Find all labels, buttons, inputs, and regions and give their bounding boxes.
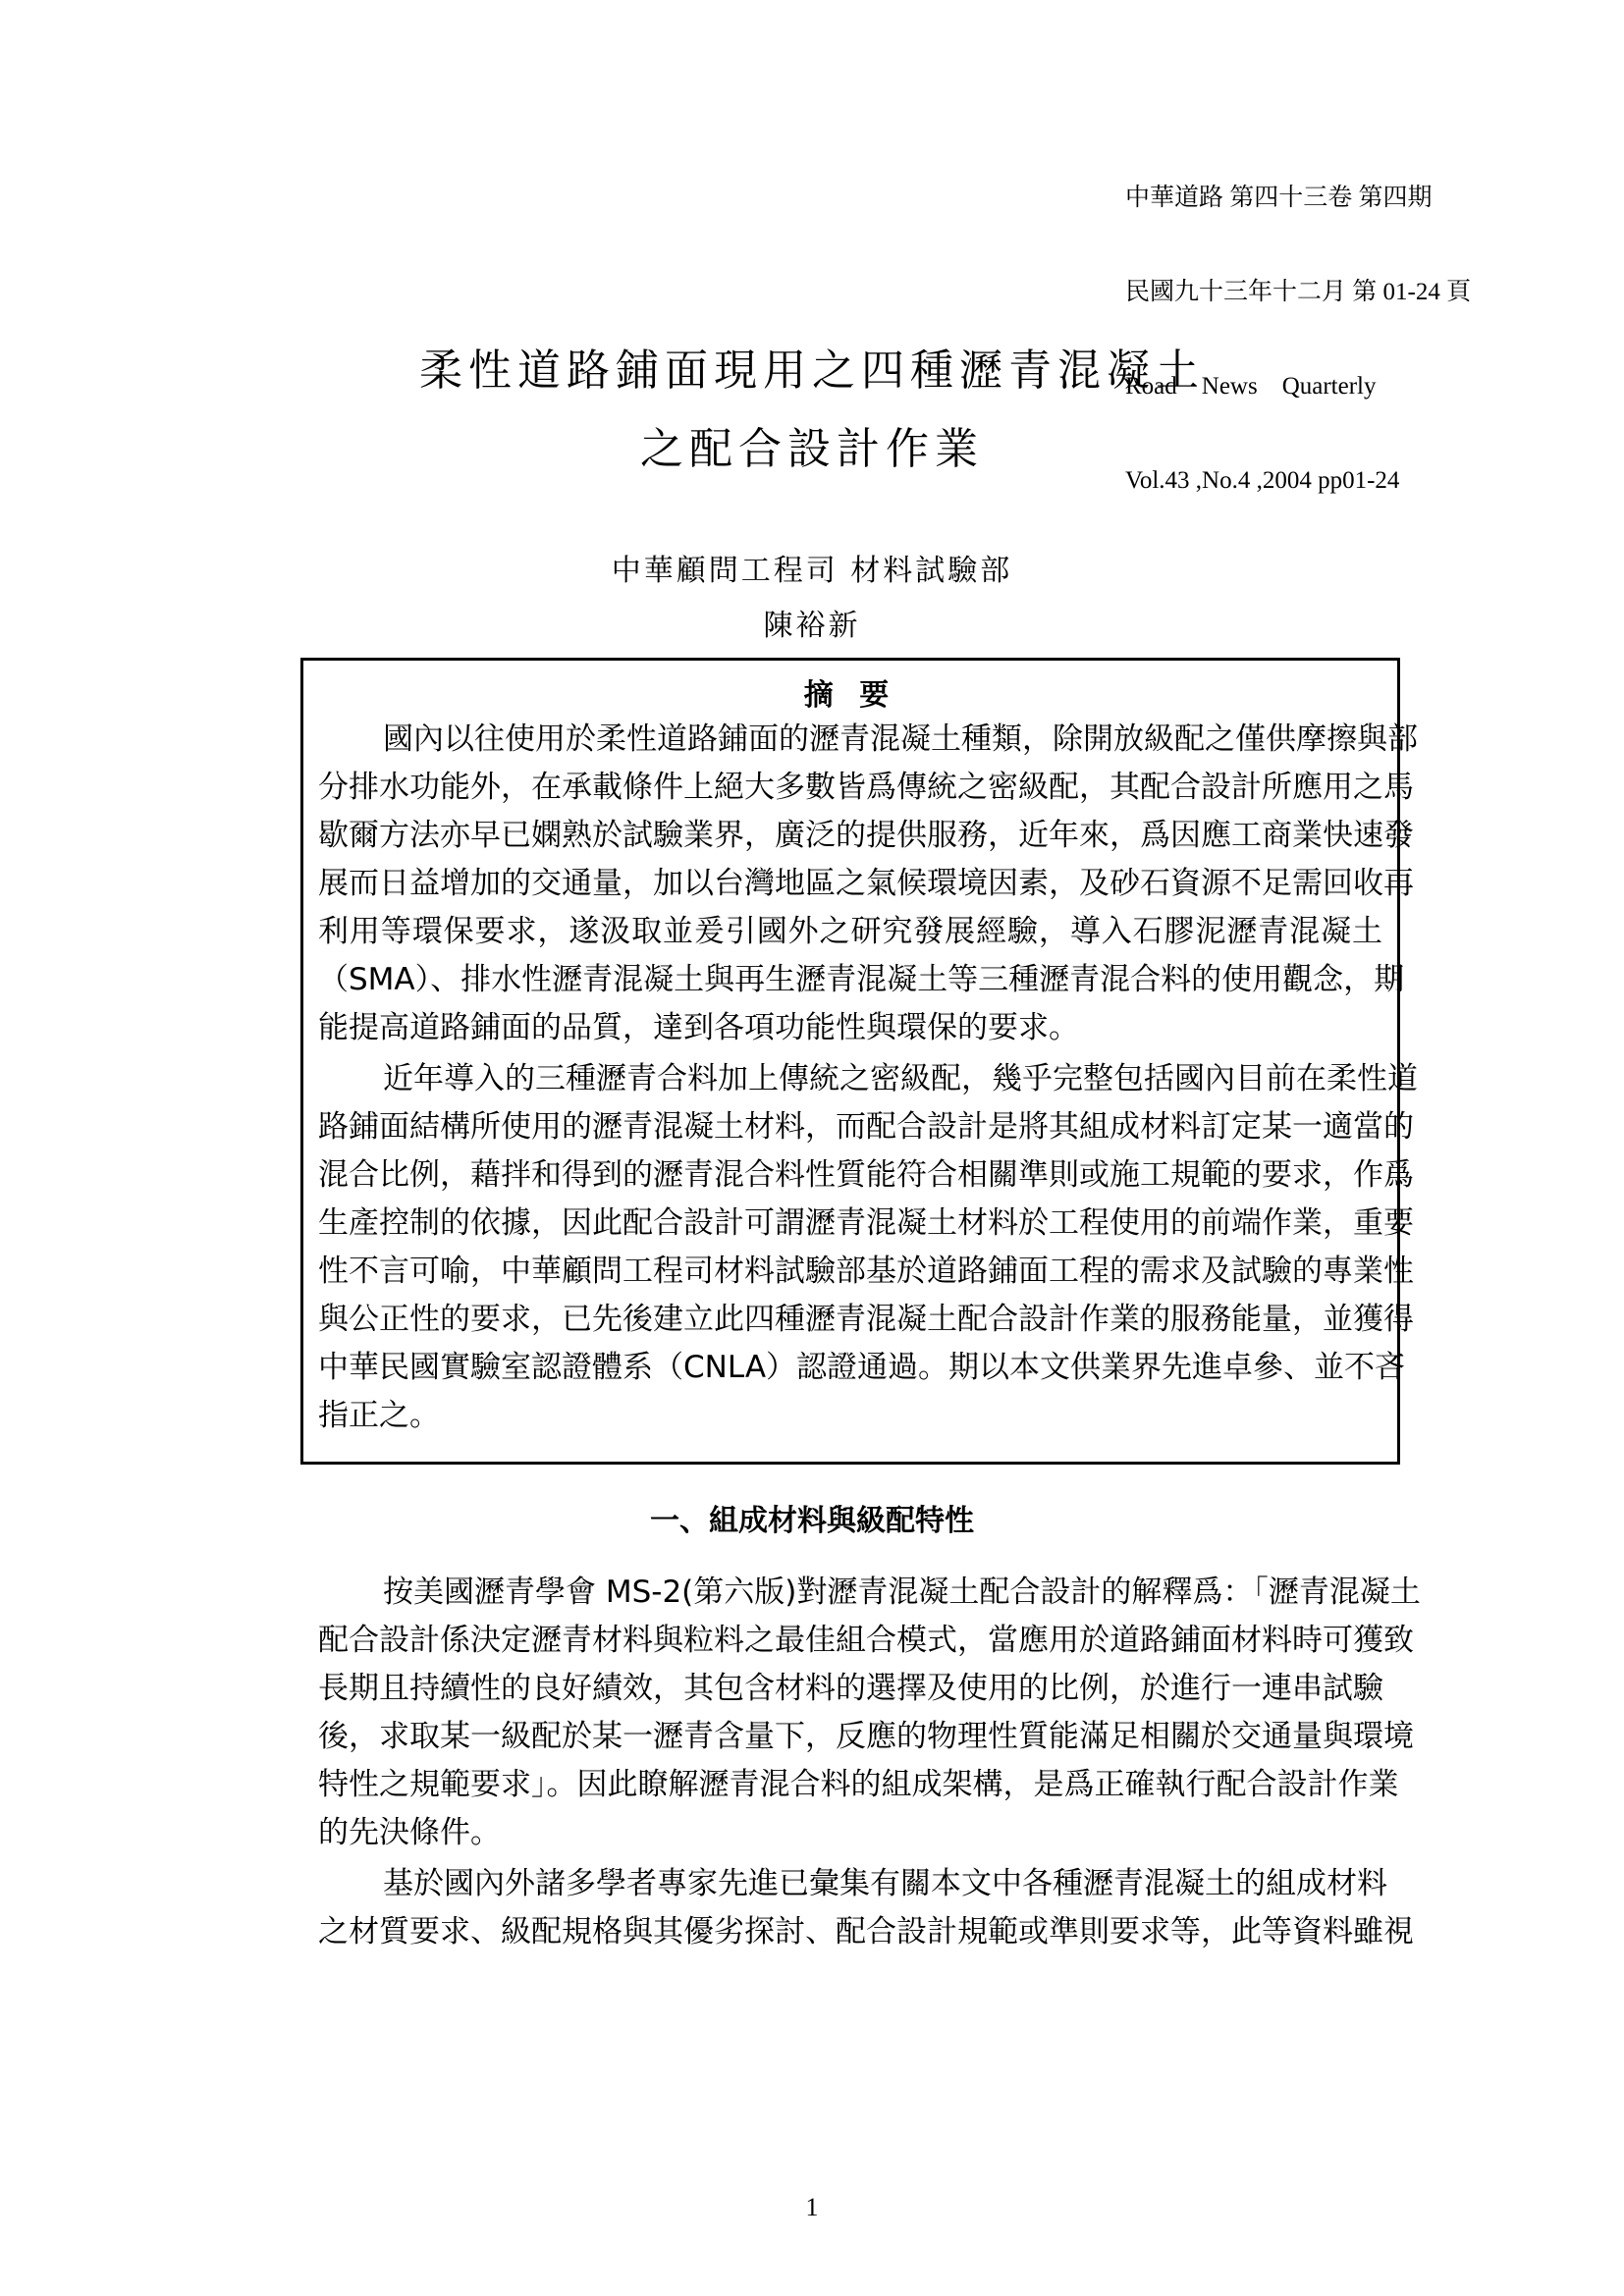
text-line: 之材質要求、級配規格與其優劣探討、配合設計規範或準則要求等，此等資料雖視 <box>318 1908 1382 1956</box>
author-name: 陳裕新 <box>0 607 1624 646</box>
journal-issue-line: 中華道路 第四十三卷 第四期 <box>1125 183 1471 214</box>
body-paragraph-2: 基於國內外諸多學者專家先進已彙集有關本文中各種瀝青混凝土的組成材料 之材質要求、… <box>318 1860 1382 1956</box>
text-line: 的先決條件。 <box>318 1809 1382 1857</box>
text-line: 性不言可喻，中華顧問工程司材料試驗部基於道路鋪面工程的需求及試驗的專業性 <box>318 1248 1382 1296</box>
author-organization: 中華顧問工程司 材料試驗部 <box>0 552 1624 591</box>
section-1-body: 按美國瀝青學會 MS-2(第六版)對瀝青混凝土配合設計的解釋爲：「瀝青混凝土 配… <box>318 1569 1382 1956</box>
text-line: 歇爾方法亦早已嫻熟於試驗業界，廣泛的提供服務，近年來，爲因應工商業快速發 <box>318 812 1382 860</box>
text-line: 展而日益增加的交通量，加以台灣地區之氣候環境因素，及砂石資源不足需回收再 <box>318 860 1382 908</box>
text-line: 中華民國實驗室認證體系（CNLA）認證通過。期以本文供業界先進卓參、並不吝 <box>318 1344 1382 1392</box>
text-line: 後，求取某一級配於某一瀝青含量下，反應的物理性質能滿足相關於交通量與環境 <box>318 1713 1382 1761</box>
section-heading-1: 一、組成材料與級配特性 <box>0 1502 1624 1541</box>
text-line: 路鋪面結構所使用的瀝青混凝土材料，而配合設計是將其組成材料訂定某一適當的 <box>318 1103 1382 1151</box>
text-line: 利用等環保要求，遂汲取並爰引國外之研究發展經驗，導入石膠泥瀝青混凝土 <box>318 908 1382 956</box>
text-line: 特性之規範要求」。因此瞭解瀝青混合料的組成架構，是爲正確執行配合設計作業 <box>318 1761 1382 1809</box>
text-line: 配合設計係決定瀝青材料與粒料之最佳組合模式，當應用於道路鋪面材料時可獲致 <box>318 1617 1382 1665</box>
abstract-paragraph-2: 近年導入的三種瀝青合料加上傳統之密級配，幾乎完整包括國內目前在柔性道 路鋪面結構… <box>318 1055 1382 1440</box>
text-line: 長期且持續性的良好績效，其包含材料的選擇及使用的比例，於進行一連串試驗 <box>318 1665 1382 1713</box>
text-line: （SMA）、排水性瀝青混凝土與再生瀝青混凝土等三種瀝青混合料的使用觀念，期 <box>318 956 1382 1004</box>
abstract-paragraph-1: 國內以往使用於柔性道路鋪面的瀝青混凝土種類，除開放級配之僅供摩擦與部 分排水功能… <box>318 716 1382 1052</box>
text-line: 近年導入的三種瀝青合料加上傳統之密級配，幾乎完整包括國內目前在柔性道 <box>318 1055 1382 1103</box>
text-line: 生產控制的依據，因此配合設計可謂瀝青混凝土材料於工程使用的前端作業，重要 <box>318 1200 1382 1248</box>
paper-title-line-1: 柔性道路鋪面現用之四種瀝青混凝土 <box>0 344 1624 399</box>
text-line: 能提高道路鋪面的品質，達到各項功能性與環保的要求。 <box>318 1004 1382 1052</box>
text-line: 與公正性的要求，已先後建立此四種瀝青混凝土配合設計作業的服務能量，並獲得 <box>318 1296 1382 1344</box>
abstract-box: 摘 要 國內以往使用於柔性道路鋪面的瀝青混凝土種類，除開放級配之僅供摩擦與部 分… <box>300 658 1400 1465</box>
page-number: 1 <box>0 2193 1624 2222</box>
paper-title-line-2: 之配合設計作業 <box>0 422 1624 477</box>
text-line: 國內以往使用於柔性道路鋪面的瀝青混凝土種類，除開放級配之僅供摩擦與部 <box>318 716 1382 764</box>
text-line: 混合比例，藉拌和得到的瀝青混合料性質能符合相關準則或施工規範的要求，作爲 <box>318 1151 1382 1200</box>
text-line: 基於國內外諸多學者專家先進已彙集有關本文中各種瀝青混凝土的組成材料 <box>318 1860 1382 1908</box>
text-line: 指正之。 <box>318 1392 1382 1440</box>
journal-date-pages-line: 民國九十三年十二月 第 01-24 頁 <box>1125 277 1471 308</box>
abstract-body: 國內以往使用於柔性道路鋪面的瀝青混凝土種類，除開放級配之僅供摩擦與部 分排水功能… <box>318 716 1382 1440</box>
text-line: 按美國瀝青學會 MS-2(第六版)對瀝青混凝土配合設計的解釋爲：「瀝青混凝土 <box>318 1569 1382 1617</box>
abstract-heading: 摘 要 <box>303 676 1397 716</box>
body-paragraph-1: 按美國瀝青學會 MS-2(第六版)對瀝青混凝土配合設計的解釋爲：「瀝青混凝土 配… <box>318 1569 1382 1857</box>
text-line: 分排水功能外，在承載條件上絕大多數皆爲傳統之密級配，其配合設計所應用之馬 <box>318 764 1382 812</box>
